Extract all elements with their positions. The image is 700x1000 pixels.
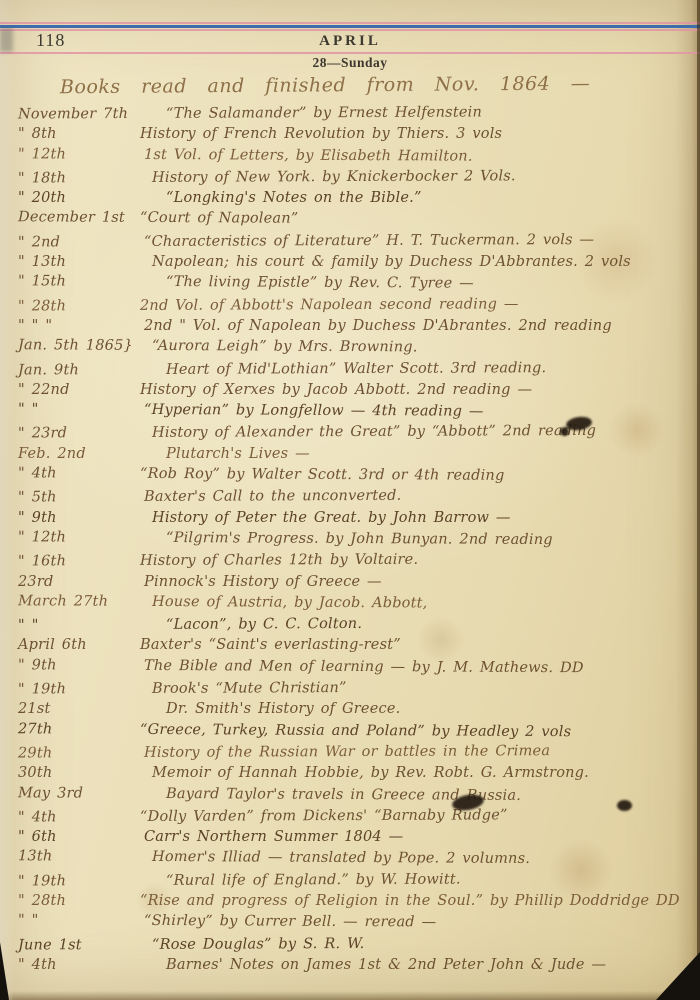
entry-date: " 22nd — [12, 382, 140, 398]
entry-date: March 27th — [12, 593, 140, 610]
diary-entry: " 28th “Rise and progress of Religion in… — [12, 893, 694, 914]
diary-entry: " 4th Barnes' Notes on James 1st & 2nd P… — [12, 957, 694, 978]
entry-date: May 3rd — [12, 785, 140, 802]
entry-text: Napolean; his court & family by Duchess … — [140, 254, 694, 270]
diary-entry: " 19th “Rural life of England.” by W. Ho… — [12, 870, 694, 894]
diary-entry: 30th Memoir of Hannah Hobbie, by Rev. Ro… — [12, 765, 694, 786]
diary-entry: Jan. 9th Heart of Mid'Lothian” Walter Sc… — [12, 359, 694, 383]
entry-text: Heart of Mid'Lothian” Walter Scott. 3rd … — [140, 359, 694, 377]
diary-entry: " 5th Baxter's Call to the unconverted. — [12, 487, 694, 511]
entry-date: Feb. 2nd — [12, 446, 140, 462]
entry-text: The Bible and Men of learning — by J. M.… — [140, 658, 694, 677]
diary-entry: " 13th Napolean; his court & family by D… — [12, 254, 694, 275]
entry-date: 23rd — [12, 574, 140, 590]
diary-entry: 27th “Greece, Turkey, Russia and Poland”… — [12, 721, 694, 746]
diary-entry: 23rd Pinnock's History of Greece — — [12, 574, 694, 595]
diary-entry: " " “Shirley” by Currer Bell. — reread — — [12, 912, 694, 937]
entry-date: 21st — [12, 701, 140, 717]
entry-date: November 7th — [12, 106, 140, 123]
entry-date: " 8th — [12, 126, 140, 142]
entry-text: 1st Vol. of Letters, by Elisabeth Hamilt… — [140, 146, 694, 165]
entry-date: " 19th — [12, 873, 140, 890]
entry-date: " " — [12, 617, 140, 634]
header-rule — [0, 29, 700, 31]
diary-entry: " 8th History of French Revolution by Th… — [12, 126, 694, 147]
month-header: APRIL — [0, 33, 700, 50]
entry-date: " 13th — [12, 254, 140, 270]
entry-text: Bayard Taylor's travels in Greece and Ru… — [140, 785, 694, 804]
entry-date: June 1st — [12, 937, 140, 954]
entry-text: Plutarch's Lives — — [140, 446, 694, 462]
entry-text: Barnes' Notes on James 1st & 2nd Peter J… — [140, 957, 694, 973]
entry-date: " 28th — [12, 893, 140, 909]
entry-date: " " — [12, 401, 140, 418]
header-rule — [0, 22, 700, 24]
diary-entry: " 15th “The living Epistle” by Rev. C. T… — [12, 274, 694, 299]
diary-entry: Jan. 5th 1865} “Aurora Leigh” by Mrs. Br… — [12, 337, 694, 362]
entry-text: Baxter's Call to the unconverted. — [140, 487, 694, 505]
diary-entry: May 3rd Bayard Taylor's travels in Greec… — [12, 785, 694, 810]
entry-date: " 2nd — [12, 234, 140, 251]
entry-text: History of French Revolution by Thiers. … — [140, 126, 694, 142]
entry-date: " 12th — [12, 146, 140, 163]
entry-date: December 1st — [12, 210, 140, 227]
entry-text: History of Peter the Great. by John Barr… — [140, 510, 694, 526]
entry-text: 2nd " Vol. of Napolean by Duchess D'Abra… — [140, 318, 694, 334]
diary-entry: " 23rd History of Alexander the Great” b… — [12, 423, 694, 447]
entry-text: “Rob Roy” by Walter Scott. 3rd or 4th re… — [140, 466, 694, 485]
entry-date: " 15th — [12, 274, 140, 291]
entry-date: " 12th — [12, 529, 140, 546]
entry-date: " 9th — [12, 657, 140, 674]
diary-entry: " 20th “Longking's Notes on the Bible.” — [12, 190, 694, 211]
entry-date: " 9th — [12, 510, 140, 526]
entry-text: “Shirley” by Currer Bell. — reread — — [140, 913, 694, 932]
entry-text: “Longking's Notes on the Bible.” — [140, 190, 694, 206]
entry-date: " 5th — [12, 489, 140, 506]
entry-text: “Rural life of England.” by W. Howitt. — [140, 870, 694, 888]
diary-entry: April 6th Baxter's “Saint's everlasting-… — [12, 637, 694, 658]
diary-entry: " 9th History of Peter the Great. by Joh… — [12, 510, 694, 531]
entry-text: Pinnock's History of Greece — — [140, 574, 694, 590]
ink-blot — [560, 427, 569, 436]
entry-text: Dr. Smith's History of Greece. — [140, 701, 694, 717]
entry-text: History of Charles 12th by Voltaire. — [140, 551, 694, 569]
entry-text: Brook's “Mute Christian” — [140, 679, 694, 697]
diary-entry: November 7th “The Salamander” by Ernest … — [12, 104, 694, 128]
ink-blot — [617, 800, 632, 811]
entry-date: " 18th — [12, 170, 140, 187]
handwritten-content: Books read and finished from Nov. 1864 —… — [12, 72, 694, 978]
entry-date: " 16th — [12, 553, 140, 570]
scan-smudge — [0, 28, 13, 52]
entry-text: Carr's Northern Summer 1804 — — [140, 829, 694, 845]
entry-date: " 20th — [12, 190, 140, 206]
entry-date: 27th — [12, 721, 140, 738]
diary-entry: " 19th Brook's “Mute Christian” — [12, 679, 694, 703]
diary-entry: 21st Dr. Smith's History of Greece. — [12, 701, 694, 722]
entry-date: Jan. 5th 1865} — [12, 337, 140, 354]
diary-entry: " 4th “Dolly Varden” from Dickens' “Barn… — [12, 806, 694, 830]
entry-date: " " " — [12, 318, 140, 334]
entry-date: 30th — [12, 765, 140, 781]
entry-date: " " — [12, 912, 140, 929]
entry-text: Homer's Illiad — translated by Pope. 2 v… — [140, 849, 694, 868]
entry-date: " 4th — [12, 957, 140, 973]
entry-text: History of the Russian War or battles in… — [140, 742, 694, 760]
entries-list: November 7th “The Salamander” by Ernest … — [12, 105, 694, 978]
entry-text: “Characteristics of Literature” H. T. Tu… — [140, 231, 694, 249]
entry-date: " 23rd — [12, 425, 140, 442]
header-rule — [0, 52, 700, 54]
entry-text: “Court of Napolean” — [140, 210, 694, 229]
diary-entry: Feb. 2nd Plutarch's Lives — — [12, 446, 694, 467]
entry-date: " 6th — [12, 829, 140, 845]
entry-date: 29th — [12, 745, 140, 762]
entry-date: " 4th — [12, 809, 140, 826]
entry-text: “Rose Douglas” by S. R. W. — [140, 934, 694, 952]
entry-text: Baxter's “Saint's everlasting-rest” — [140, 637, 694, 653]
entry-text: “The Salamander” by Ernest Helfenstein — [140, 104, 694, 122]
diary-entry: 13th Homer's Illiad — translated by Pope… — [12, 849, 694, 874]
diary-entry: " " “Lacon”, by C. C. Colton. — [12, 615, 694, 639]
entry-date: " 28th — [12, 298, 140, 315]
entry-text: “The living Epistle” by Rev. C. Tyree — — [140, 274, 694, 293]
entry-date: April 6th — [12, 637, 140, 653]
diary-entry: " 22nd History of Xerxes by Jacob Abbott… — [12, 382, 694, 403]
diary-entry: June 1st “Rose Douglas” by S. R. W. — [12, 934, 694, 958]
entry-text: “Rise and progress of Religion in the So… — [140, 893, 694, 909]
diary-entry: " 18th History of New York. by Knickerbo… — [12, 167, 694, 191]
diary-entry: December 1st “Court of Napolean” — [12, 210, 694, 235]
diary-entry: " 12th 1st Vol. of Letters, by Elisabeth… — [12, 146, 694, 171]
header-rule — [0, 25, 700, 28]
entry-date: Jan. 9th — [12, 361, 140, 378]
diary-entry: " " " 2nd " Vol. of Napolean by Duchess … — [12, 318, 694, 339]
entry-text: “Greece, Turkey, Russia and Poland” by H… — [140, 721, 694, 740]
entry-text: House of Austria, by Jacob. Abbott, — [140, 594, 694, 613]
diary-entry: " 2nd “Characteristics of Literature” H.… — [12, 231, 694, 255]
diary-title: Books read and finished from Nov. 1864 — — [60, 72, 694, 98]
diary-entry: " 16th History of Charles 12th by Voltai… — [12, 551, 694, 575]
entry-date: 13th — [12, 849, 140, 866]
entry-text: History of New York. by Knickerbocker 2 … — [140, 167, 694, 185]
entry-date: " 4th — [12, 465, 140, 482]
entry-text: “Dolly Varden” from Dickens' “Barnaby Ru… — [140, 806, 694, 824]
entry-text: “Lacon”, by C. C. Colton. — [140, 615, 694, 633]
scan-corner-shadow — [0, 942, 9, 1000]
entry-text: 2nd Vol. of Abbott's Napolean second rea… — [140, 295, 694, 313]
entry-text: “Hyperian” by Longfellow — 4th reading — — [140, 402, 694, 421]
diary-entry: " 28th 2nd Vol. of Abbott's Napolean sec… — [12, 295, 694, 319]
entry-text: “Pilgrim's Progress. by John Bunyan. 2nd… — [140, 530, 694, 549]
entry-text: “Aurora Leigh” by Mrs. Browning. — [140, 338, 694, 357]
diary-entry: 29th History of the Russian War or battl… — [12, 742, 694, 766]
entry-text: History of Alexander the Great” by “Abbo… — [140, 423, 694, 441]
entry-date: " 19th — [12, 681, 140, 698]
diary-page: 118 APRIL 28—Sunday Books read and finis… — [0, 0, 700, 1000]
day-header: 28—Sunday — [0, 55, 700, 71]
entry-text: History of Xerxes by Jacob Abbott. 2nd r… — [140, 382, 694, 398]
entry-text: Memoir of Hannah Hobbie, by Rev. Robt. G… — [140, 765, 694, 781]
diary-entry: " 6th Carr's Northern Summer 1804 — — [12, 829, 694, 850]
